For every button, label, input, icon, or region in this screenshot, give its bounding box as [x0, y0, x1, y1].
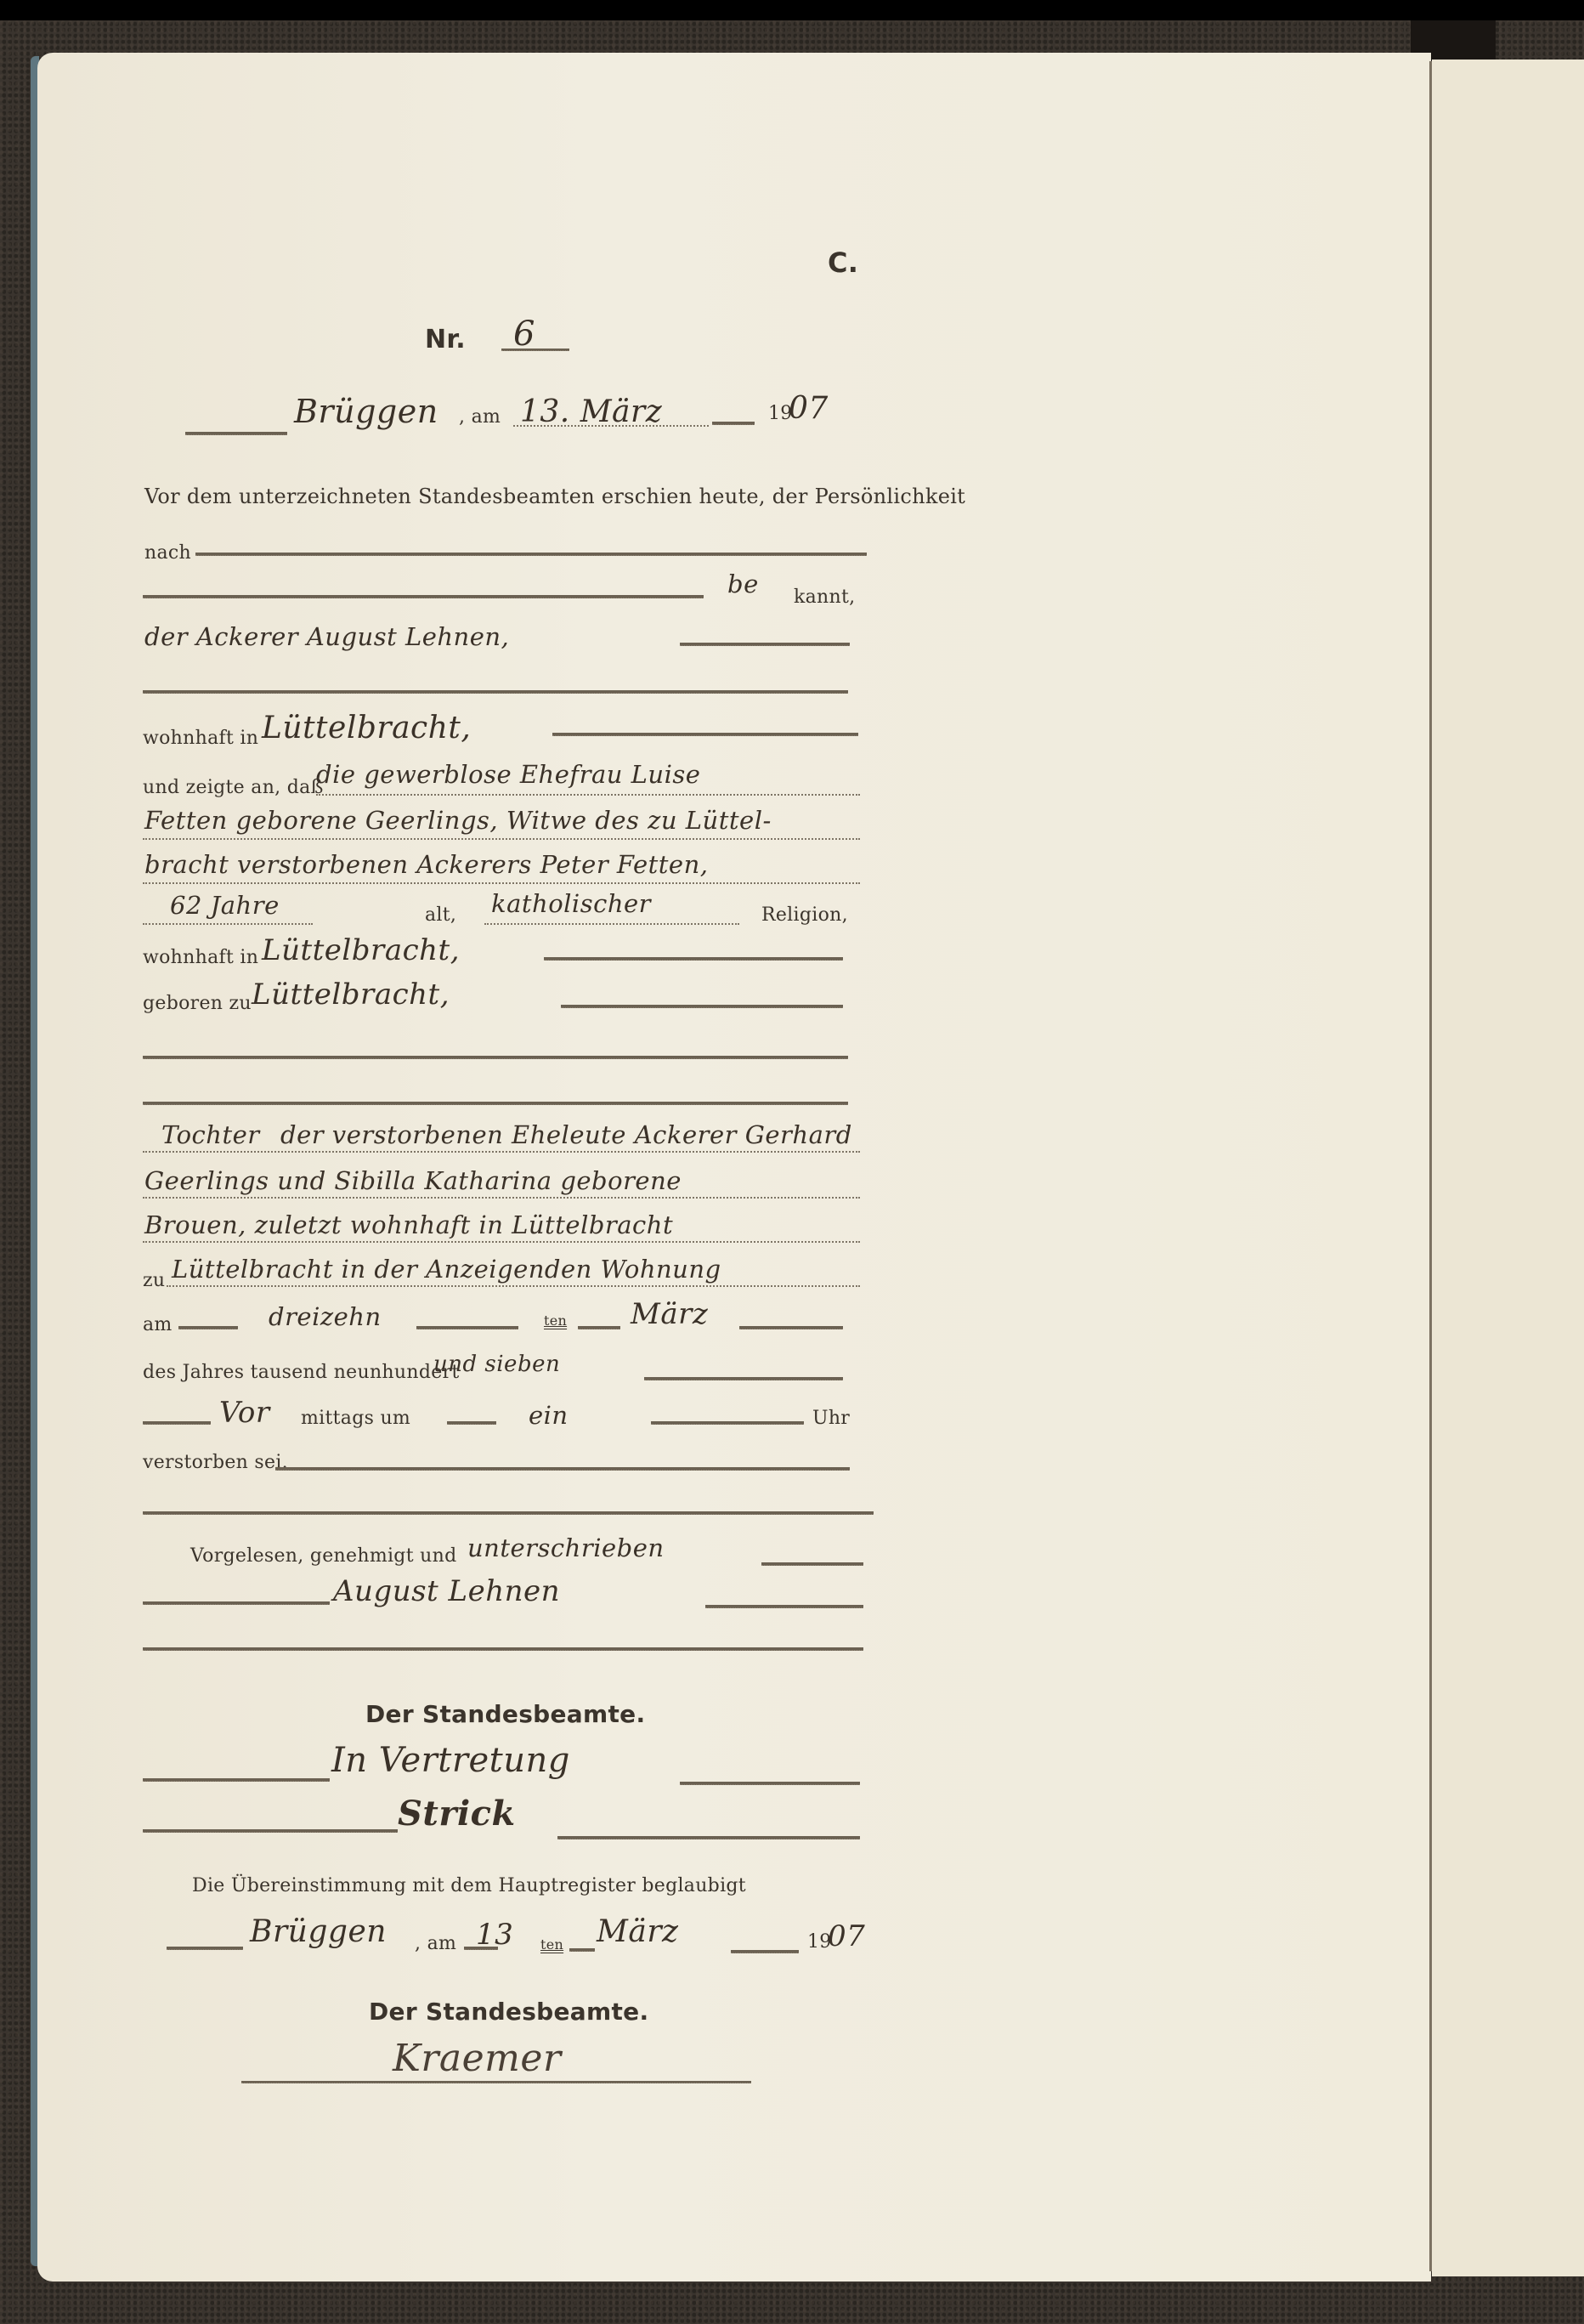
- entry-date: 13. März: [520, 394, 662, 429]
- dots-3: [143, 882, 860, 884]
- cert-place-rule: [167, 1947, 243, 1950]
- parents-prefix: Tochter: [161, 1120, 260, 1149]
- cert-month-rule-a: [569, 1948, 595, 1952]
- dots-7: [167, 1285, 860, 1287]
- registrar-heading-2: Der Standesbeamte.: [369, 1998, 648, 2026]
- cert-place: Brüggen: [250, 1914, 387, 1949]
- death-place: Lüttelbracht in der Anzeigenden Wohnung: [172, 1255, 721, 1284]
- zu-label: zu: [143, 1270, 165, 1291]
- certification-line: Die Übereinstimmung mit dem Hauptregiste…: [192, 1875, 746, 1896]
- death-month: März: [631, 1297, 708, 1331]
- blank-rule-5: [143, 1511, 874, 1515]
- uhr-label: Uhr: [812, 1408, 850, 1429]
- geboren-label: geboren zu: [143, 993, 252, 1014]
- dots-6: [143, 1241, 860, 1243]
- am-label-2: am: [143, 1314, 173, 1335]
- verstorben-rule: [275, 1467, 850, 1471]
- mittags-label: mittags um: [301, 1408, 410, 1429]
- year-suffix: 07: [789, 391, 829, 426]
- religion-value: katholischer: [491, 889, 651, 918]
- deceased-residence: Lüttelbracht,: [262, 933, 460, 967]
- month-rule-b: [739, 1326, 843, 1329]
- cert-month-rule-b: [731, 1950, 799, 1953]
- wohnhaft-label-2: wohnhaft in: [143, 947, 258, 968]
- informant-rule: [680, 643, 850, 646]
- blank-rule-2: [143, 690, 848, 694]
- number-rule: [501, 349, 569, 351]
- jahres-label: des Jahres tausend neunhundert: [143, 1362, 459, 1383]
- alt-label: alt,: [425, 904, 456, 926]
- verstorben-label: verstorben sei.: [143, 1452, 288, 1473]
- cert-year-suffix: 07: [828, 1919, 865, 1953]
- day-rule-b: [416, 1326, 518, 1329]
- vertretung-rule-b: [680, 1782, 860, 1785]
- dots-4: [143, 1151, 860, 1153]
- signature-rule-a: [143, 1601, 330, 1605]
- death-hour: ein: [529, 1401, 569, 1430]
- blank-rule-3: [143, 1056, 848, 1059]
- wohnhaft-label-1: wohnhaft in: [143, 728, 258, 749]
- kannt-label: kannt,: [794, 587, 855, 608]
- deceased-line-2: Fetten geborene Geerlings, Witwe des zu …: [144, 806, 772, 835]
- birthplace-rule: [561, 1005, 843, 1008]
- cert-day: 13: [476, 1918, 513, 1952]
- nach-rule: [195, 553, 867, 556]
- death-year-words: und sieben: [433, 1352, 560, 1377]
- registrar-signature: Strick: [398, 1794, 516, 1834]
- blank-rule-6: [143, 1647, 863, 1651]
- zeigte-label: und zeigte an, daß: [143, 777, 324, 798]
- day-rule-a: [178, 1326, 238, 1329]
- entry-place: Brüggen: [294, 393, 438, 430]
- in-vertretung: In Vertretung: [331, 1741, 570, 1780]
- hour-rule-a: [447, 1421, 496, 1425]
- vertretung-rule-a: [143, 1778, 330, 1782]
- age-dots: [143, 923, 313, 925]
- registrar-heading-1: Der Standesbeamte.: [365, 1700, 645, 1728]
- residence-rule: [552, 733, 858, 736]
- am-label: , am: [459, 406, 501, 428]
- date-rule: [712, 422, 755, 425]
- deceased-residence-rule: [544, 957, 843, 961]
- signature-rule-b: [705, 1605, 863, 1608]
- section-letter: C.: [828, 247, 858, 279]
- cert-month: März: [597, 1914, 679, 1949]
- dots-1: [316, 794, 860, 796]
- entry-number: 6: [513, 315, 535, 354]
- month-rule-a: [578, 1326, 620, 1329]
- cert-ten-label: ten: [540, 1936, 563, 1953]
- place-rule: [185, 432, 287, 435]
- informant-name: der Ackerer August Lehnen,: [144, 622, 509, 651]
- birthplace: Lüttelbracht,: [252, 978, 450, 1012]
- registrar-rule-b: [557, 1836, 860, 1839]
- cert-am-label: , am: [415, 1933, 456, 1954]
- blank-rule-4: [143, 1102, 848, 1105]
- number-label: Nr.: [425, 325, 466, 354]
- parents-line-2: Geerlings und Sibilla Katharina geborene: [144, 1166, 682, 1195]
- dots-5: [143, 1197, 860, 1199]
- deceased-line-1: die gewerblose Ehefrau Luise: [316, 760, 700, 789]
- cert-signature-rule: [241, 2081, 751, 2083]
- informant-signature: August Lehnen: [333, 1574, 560, 1608]
- be-handwritten: be: [727, 570, 759, 598]
- vor-rule: [143, 1421, 211, 1425]
- parents-line-1: der verstorbenen Eheleute Ackerer Gerhar…: [280, 1120, 852, 1149]
- deceased-line-3: bracht verstorbenen Ackerers Peter Fette…: [144, 850, 708, 879]
- nach-label: nach: [144, 542, 191, 564]
- blank-rule-1: [143, 595, 704, 598]
- parents-line-3: Brouen, zuletzt wohnhaft in Lüttelbracht: [144, 1210, 673, 1239]
- religion-dots: [484, 923, 739, 925]
- death-register-entry: C. Nr. 6 Brüggen , am 13. März 19 07 Vor…: [0, 0, 1584, 2324]
- ten-label: ten: [544, 1312, 567, 1329]
- vormittag: Vor: [219, 1396, 270, 1430]
- cert-signature: Kraemer: [393, 2037, 561, 2080]
- death-day: dreizehn: [269, 1302, 382, 1331]
- intro-line: Vor dem unterzeichneten Standesbeamten e…: [144, 485, 965, 508]
- unterschrieben-rule: [761, 1562, 863, 1566]
- unterschrieben: unterschrieben: [467, 1533, 665, 1562]
- year-rule: [644, 1377, 843, 1380]
- vorgelesen-label: Vorgelesen, genehmigt und: [190, 1545, 456, 1567]
- registrar-rule-a: [143, 1829, 398, 1833]
- religion-label: Religion,: [761, 904, 848, 926]
- age-value: 62 Jahre: [170, 891, 280, 920]
- informant-residence: Lüttelbracht,: [262, 711, 471, 745]
- hour-rule-b: [651, 1421, 804, 1425]
- dots-2: [143, 838, 860, 840]
